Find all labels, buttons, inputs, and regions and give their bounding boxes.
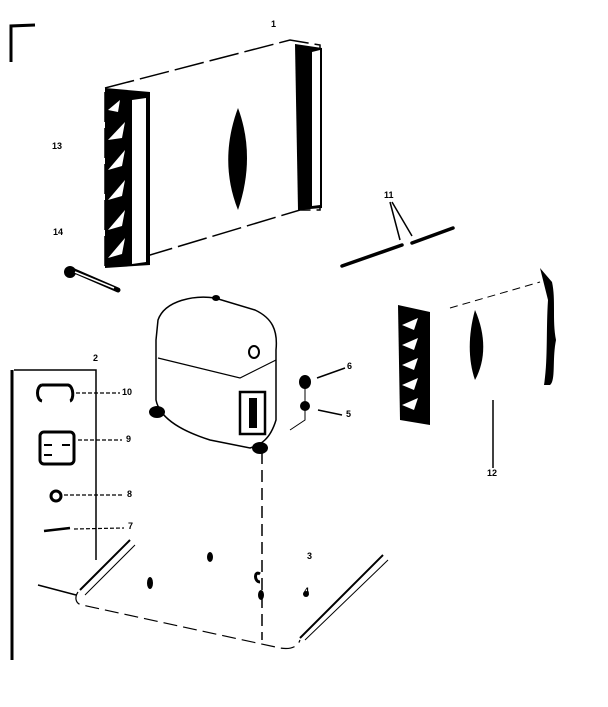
- label-6: 6: [347, 362, 352, 371]
- label-13: 13: [52, 142, 62, 151]
- corner-mark: [11, 25, 35, 62]
- label-1: 1: [271, 20, 276, 29]
- label-7: 7: [128, 522, 133, 531]
- label-11: 11: [384, 191, 394, 200]
- fastener-parts: [290, 368, 345, 430]
- condenser-part: [105, 40, 322, 268]
- rods-part: [342, 228, 453, 266]
- label-14: 14: [53, 228, 63, 237]
- label-4: 4: [304, 587, 309, 596]
- label-9: 9: [126, 435, 131, 444]
- label-2: 2: [93, 354, 98, 363]
- label-5: 5: [346, 410, 351, 419]
- compressor-part: [149, 295, 276, 640]
- evaporator-part: [398, 268, 556, 468]
- tube-part: [64, 266, 118, 290]
- parts-diagram: [0, 0, 608, 707]
- label-8: 8: [127, 490, 132, 499]
- label-12: 12: [487, 469, 497, 478]
- small-parts-panel: [12, 370, 124, 660]
- label-10: 10: [122, 388, 132, 397]
- label-3: 3: [307, 552, 312, 561]
- base-pan-part: [38, 540, 388, 649]
